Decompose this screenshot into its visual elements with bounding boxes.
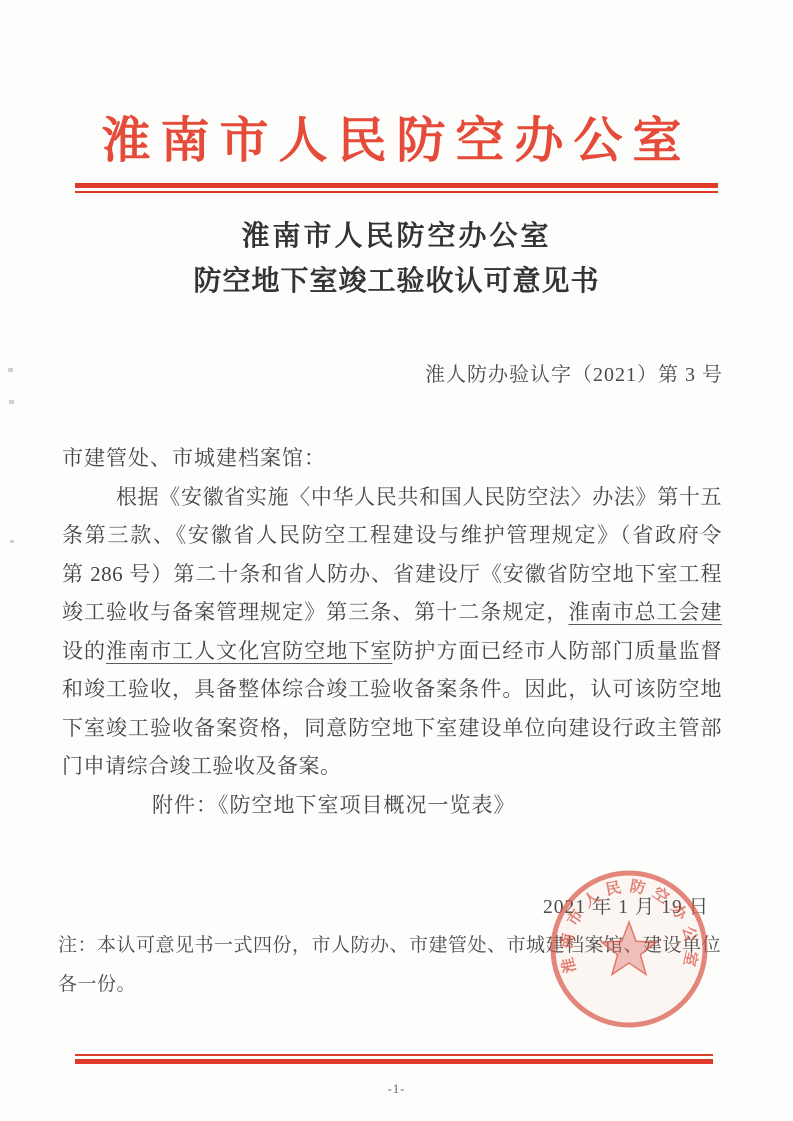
underlined-builder-name: 淮南市总工会建 — [568, 600, 722, 624]
page-number: -1- — [0, 1082, 793, 1097]
body-line: 和竣工验收，具备整体综合竣工验收备案条件。因此，认可该防空地 — [62, 670, 722, 709]
body-text: 竣工验收与备案管理规定》第三条、第十二条规定， — [62, 600, 568, 624]
body-line: 第 286 号）第二十条和省人防办、省建设厅《安徽省防空地下室工程 — [62, 555, 722, 594]
document-reference-number: 淮人防办验认字（2021）第 3 号 — [425, 358, 723, 387]
body-line: 竣工验收与备案管理规定》第三条、第十二条规定，淮南市总工会建 — [62, 593, 722, 632]
scan-artifact — [8, 368, 13, 372]
scan-artifact — [10, 540, 14, 543]
body-text: 和竣工验收，具备整体综合竣工验收备案条件。因此，认可该防空地 — [62, 677, 722, 701]
body-text: 根据《安徽省实施〈中华人民共和国人民防空法〉办法》第十五 — [116, 485, 722, 509]
document-title-line2: 防空地下室竣工验收认可意见书 — [0, 259, 793, 299]
salutation: 市建管处、市城建档案馆： — [62, 439, 722, 478]
letterhead-office-name: 淮南市人民防空办公室 — [0, 102, 793, 172]
scan-artifact — [9, 400, 14, 404]
document-title-line1: 淮南市人民防空办公室 — [0, 214, 793, 254]
body-line: 设的淮南市工人文化宫防空地下室防护方面已经市人防部门质量监督 — [62, 632, 722, 671]
body-line: 根据《安徽省实施〈中华人民共和国人民防空法〉办法》第十五 — [62, 478, 722, 517]
body-text: 条第三款、《安徽省人民防空工程建设与维护管理规定》（省政府令 — [62, 523, 722, 547]
body-text: 下室竣工验收备案资格，同意防空地下室建设单位向建设行政主管部 — [62, 716, 722, 740]
body-line: 下室竣工验收备案资格，同意防空地下室建设单位向建设行政主管部 — [62, 709, 722, 748]
body-text: 第 286 号）第二十条和省人防办、省建设厅《安徽省防空地下室工程 — [62, 562, 722, 586]
document-page: 淮南市人民防空办公室 淮南市人民防空办公室 防空地下室竣工验收认可意见书 淮人防… — [0, 0, 793, 1121]
official-seal-stamp: 淮南市人民防空办公室 — [543, 863, 715, 1035]
body-text: 设的 — [62, 639, 106, 663]
divider-thick-line — [75, 1059, 713, 1064]
letterhead-divider-rule — [75, 183, 718, 193]
document-body: 市建管处、市城建档案馆： 根据《安徽省实施〈中华人民共和国人民防空法〉办法》第十… — [62, 439, 722, 824]
divider-thin-line — [75, 191, 718, 193]
body-line: 门申请综合竣工验收及备案。 — [62, 747, 722, 786]
body-line: 条第三款、《安徽省人民防空工程建设与维护管理规定》（省政府令 — [62, 516, 722, 555]
underlined-project-name: 淮南市工人文化宫防空地下室 — [106, 639, 392, 663]
footer-divider-rule — [75, 1054, 713, 1064]
body-text: 门申请综合竣工验收及备案。 — [62, 754, 342, 778]
attachment-reference: 附件：《防空地下室项目概况一览表》 — [62, 786, 722, 825]
body-text: 防护方面已经市人防部门质量监督 — [392, 639, 722, 663]
